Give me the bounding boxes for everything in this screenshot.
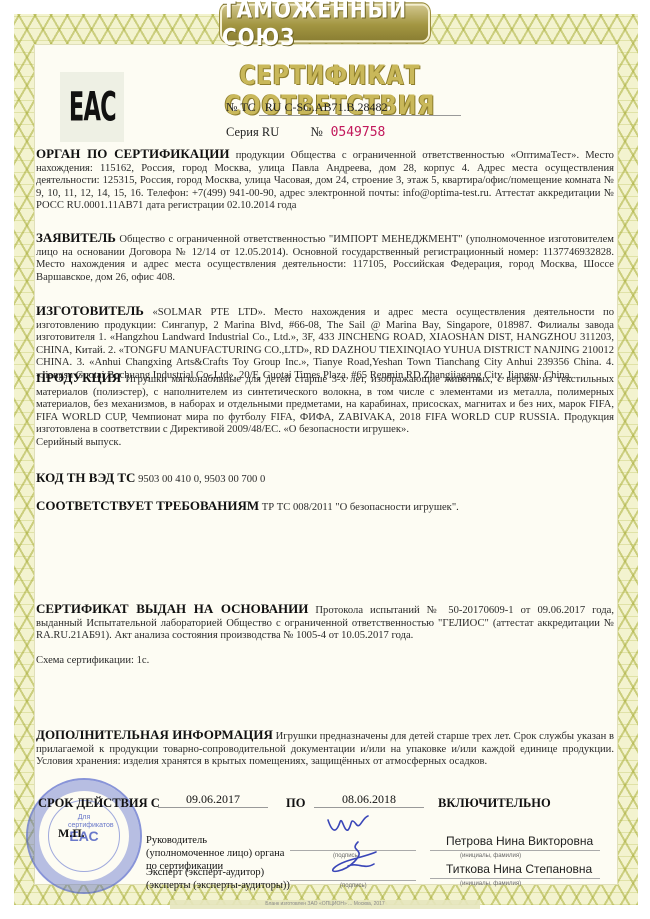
section-conforms: СООТВЕТСТВУЕТ ТРЕБОВАНИЯМ ТР ТС 008/2011… xyxy=(36,500,614,515)
section-label: СЕРТИФИКАТ ВЫДАН НА ОСНОВАНИИ xyxy=(36,601,308,616)
validity-to-date: 08.06.2018 xyxy=(314,792,424,808)
section-basis: СЕРТИФИКАТ ВЫДАН НА ОСНОВАНИИ Протокола … xyxy=(36,603,614,667)
expert-name: Титкова Нина Степановна xyxy=(446,862,592,876)
section-label: ДОПОЛНИТЕЛЬНАЯ ИНФОРМАЦИЯ xyxy=(36,727,273,742)
expert-name-hint: (инициалы, фамилия) xyxy=(460,881,521,887)
head-name: Петрова Нина Викторовна xyxy=(446,834,593,848)
section-text: Игрушки мягконабивные для детей старше 3… xyxy=(36,374,614,435)
serial-number: 0549758 xyxy=(331,125,386,140)
certificate-number-value: RU C-SG.АВ71.B.28482 xyxy=(259,100,461,116)
certificate-number: № ТС RU C-SG.АВ71.B.28482 xyxy=(226,100,461,116)
stamp-mark: М.П. xyxy=(58,826,85,841)
section-manufacturer: ИЗГОТОВИТЕЛЬ «SOLMAR PTE LTD». Место нах… xyxy=(36,305,614,383)
section-label: КОД ТН ВЭД ТС xyxy=(36,470,135,485)
certification-scheme: Схема сертификации: 1с. xyxy=(36,655,614,668)
section-label: ОРГАН ПО СЕРТИФИКАЦИИ xyxy=(36,146,230,161)
section-text: Общество с ограниченной ответственностью… xyxy=(36,234,614,283)
expert-label: Эксперт (эксперт-аудитор) (эксперты (экс… xyxy=(146,866,296,892)
serial-label: № xyxy=(310,124,322,139)
section-applicant: ЗАЯВИТЕЛЬ Общество с ограниченной ответс… xyxy=(36,232,614,284)
head-name-hint: (инициалы, фамилия) xyxy=(460,853,521,859)
section-product: ПРОДУКЦИЯ Игрушки мягконабивные для дете… xyxy=(36,372,614,450)
eac-mark-icon: ЕАС xyxy=(68,83,115,130)
section-label: ИЗГОТОВИТЕЛЬ xyxy=(36,303,144,318)
section-certification-body: ОРГАН ПО СЕРТИФИКАЦИИ продукции Общества… xyxy=(36,148,614,213)
section-text: «SOLMAR PTE LTD». Место нахождения и адр… xyxy=(36,307,614,381)
validity-inclusive: ВКЛЮЧИТЕЛЬНО xyxy=(438,796,551,811)
certificate-number-label: № ТС xyxy=(226,100,256,114)
series-label: Серия RU xyxy=(226,125,279,139)
expert-name-line xyxy=(430,878,600,879)
section-text: ТР ТС 008/2011 "О безопасности игрушек". xyxy=(262,502,459,513)
section-label: ПРОДУКЦИЯ xyxy=(36,370,121,385)
customs-union-banner: ТАМОЖЕННЫЙ СОЮЗ xyxy=(222,6,428,41)
section-text: 9503 00 410 0, 9503 00 700 0 xyxy=(138,474,265,485)
validity-from-date: 09.06.2017 xyxy=(158,792,268,808)
section-label: ЗАЯВИТЕЛЬ xyxy=(36,230,116,245)
series-line: Серия RU № 0549758 xyxy=(226,124,385,140)
eac-logo: ЕАС xyxy=(60,72,124,142)
section-label: СООТВЕТСТВУЕТ ТРЕБОВАНИЯМ xyxy=(36,498,259,513)
print-imprint: Бланк изготовлен ЗАО «ОПЦИОН» ... Москва… xyxy=(170,900,480,909)
section-additional-info: ДОПОЛНИТЕЛЬНАЯ ИНФОРМАЦИЯ Игрушки предна… xyxy=(36,729,614,769)
handwritten-signature-icon xyxy=(318,812,388,884)
validity-from-label: СРОК ДЕЙСТВИЯ С xyxy=(38,796,160,811)
head-name-line xyxy=(430,850,600,851)
release-type: Серийный выпуск. xyxy=(36,437,614,450)
validity-to-label: ПО xyxy=(286,796,305,811)
section-hs-code: КОД ТН ВЭД ТС 9503 00 410 0, 9503 00 700… xyxy=(36,472,614,487)
